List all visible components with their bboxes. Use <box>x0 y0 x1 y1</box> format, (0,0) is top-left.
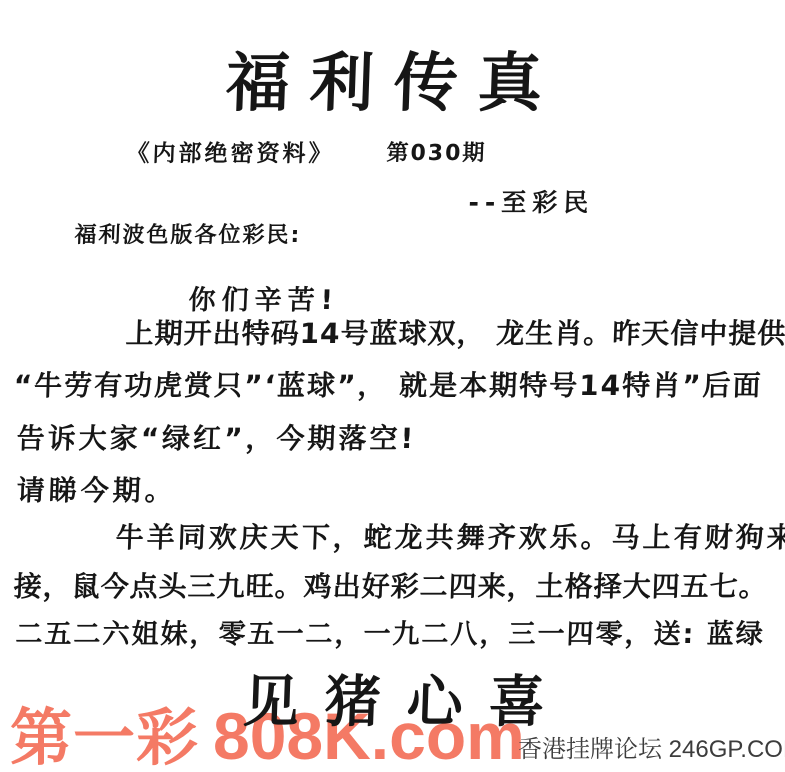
classified-label: 《内部绝密资料》 <box>126 135 335 168</box>
paragraph2-line2: 接，鼠今点头三九旺。鸡出好彩二四来，土格择大四五七。 <box>13 565 768 605</box>
paragraph1-line3: 告诉大家“绿红”，今期落空! <box>16 417 417 457</box>
page-title: 福利传真 <box>0 32 785 124</box>
paragraph2-line1: 牛羊同欢庆天下，蛇龙共舞齐欢乐。马上有财狗来 <box>115 516 785 556</box>
dedication-line: --至彩民 <box>468 183 595 219</box>
closing-phrase: 见猪心喜 <box>0 658 785 738</box>
issue-number: 第030期 <box>386 136 487 167</box>
paragraph1-line1: 上期开出特码14号蓝球双， 龙生肖。昨天信中提供 <box>125 312 785 352</box>
fax-sheet: 福利传真 《内部绝密资料》 第030期 --至彩民 福利波色版各位彩民: 你们辛… <box>0 0 785 772</box>
paragraph1-line4: 请睇今期。 <box>16 469 177 509</box>
paragraph1-line2: “牛劳有功虎赏只”‘蓝球”， 就是本期特号14特肖”后面 <box>13 364 763 404</box>
greeting-line: 福利波色版各位彩民: <box>74 218 302 249</box>
paragraph2-line3: 二五二六姐妹，零五一二，一九二八，三一四零，送: 蓝绿 <box>15 612 766 651</box>
